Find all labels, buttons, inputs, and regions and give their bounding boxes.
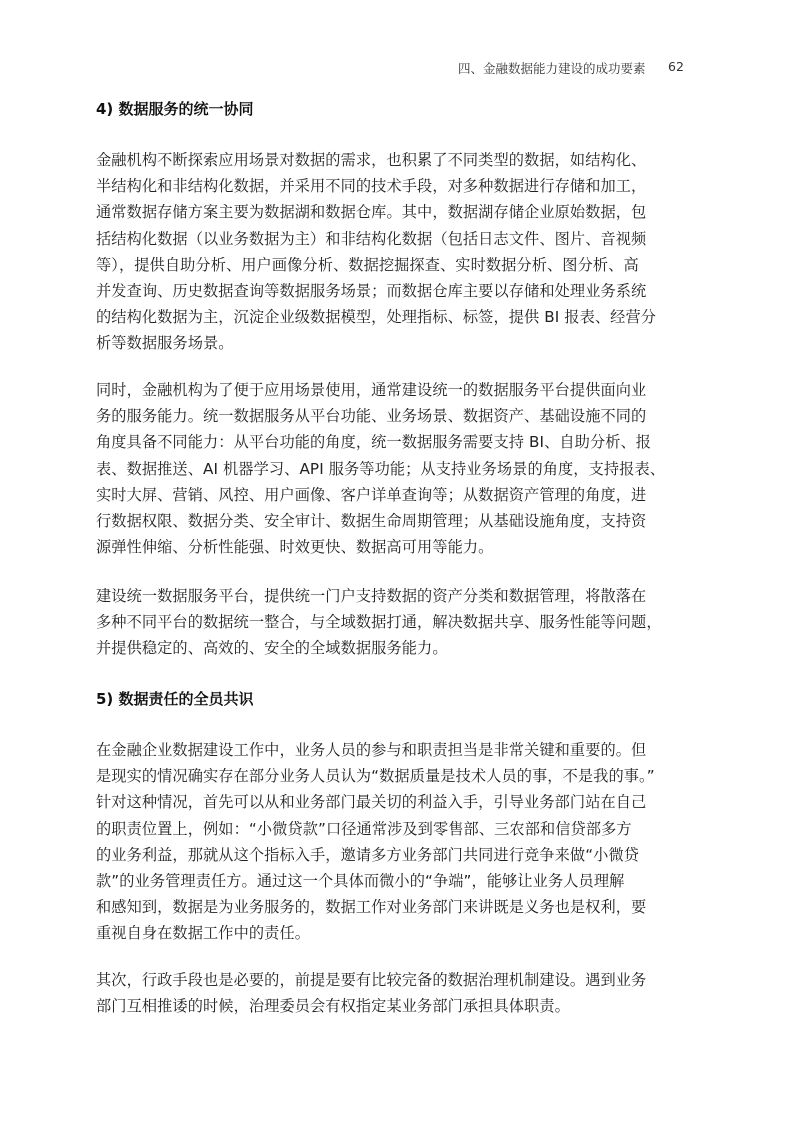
paragraph: 建设统一数据服务平台，提供统一门户支持数据的资产分类和数据管理，将散落在 多种不…	[96, 583, 696, 662]
text-line: 建设统一数据服务平台，提供统一门户支持数据的资产分类和数据管理，将散落在	[96, 583, 696, 609]
text-line: 在金融企业数据建设工作中，业务人员的参与和职责担当是非常关键和重要的。但	[96, 737, 696, 763]
paragraph: 在金融企业数据建设工作中，业务人员的参与和职责担当是非常关键和重要的。但 是现实…	[96, 737, 696, 947]
text-line: 重视自身在数据工作中的责任。	[96, 920, 696, 946]
text-line: 款”的业务管理责任方。通过这一个具体而微小的“争端”，能够让业务人员理解	[96, 868, 696, 894]
page-number: 62	[668, 59, 684, 74]
text-line: 部门互相推诿的时候，治理委员会有权指定某业务部门承担具体职责。	[96, 993, 696, 1019]
text-line: 行数据权限、数据分类、安全审计、数据生命周期管理；从基础设施角度，支持资	[96, 508, 696, 534]
text-line: 角度具备不同能力：从平台功能的角度，统一数据服务需要支持 BI、自助分析、报	[96, 429, 696, 455]
text-line: 其次，行政手段也是必要的，前提是要有比较完备的数据治理机制建设。遇到业务	[96, 967, 696, 993]
text-line: 并发查询、历史数据查询等数据服务场景；而数据仓库主要以存储和处理业务系统	[96, 278, 696, 304]
text-line: 同时，金融机构为了便于应用场景使用，通常建设统一的数据服务平台提供面向业	[96, 377, 696, 403]
text-line: 针对这种情况，首先可以从和业务部门最关切的利益入手，引导业务部门站在自己	[96, 789, 696, 815]
paragraph: 其次，行政手段也是必要的，前提是要有比较完备的数据治理机制建设。遇到业务 部门互…	[96, 967, 696, 1019]
text-line: 括结构化数据（以业务数据为主）和非结构化数据（包括日志文件、图片、音视频	[96, 226, 696, 252]
text-line: 等），提供自助分析、用户画像分析、数据挖掘探查、实时数据分析、图分析、高	[96, 252, 696, 278]
section-heading-5: 5) 数据责任的全员共识	[96, 688, 254, 709]
text-line: 析等数据服务场景。	[96, 330, 696, 356]
text-line: 并提供稳定的、高效的、安全的全域数据服务能力。	[96, 635, 696, 661]
text-line: 务的服务能力。统一数据服务从平台功能、业务场景、数据资产、基础设施不同的	[96, 403, 696, 429]
text-line: 的结构化数据为主，沉淀企业级数据模型，处理指标、标签，提供 BI 报表、经营分	[96, 304, 696, 330]
text-line: 表、数据推送、AI 机器学习、API 服务等功能；从支持业务场景的角度，支持报表…	[96, 456, 696, 482]
text-line: 金融机构不断探索应用场景对数据的需求，也积累了不同类型的数据，如结构化、	[96, 147, 696, 173]
text-line: 的业务利益，那就从这个指标入手，邀请多方业务部门共同进行竞争来做“小微贷	[96, 842, 696, 868]
page-header: 四、金融数据能力建设的成功要素 62	[0, 59, 793, 79]
text-line: 实时大屏、营销、风控、用户画像、客户详单查询等；从数据资产管理的角度，进	[96, 482, 696, 508]
text-line: 是现实的情况确实存在部分业务人员认为“数据质量是技术人员的事，不是我的事。”	[96, 763, 696, 789]
paragraph: 金融机构不断探索应用场景对数据的需求，也积累了不同类型的数据，如结构化、 半结构…	[96, 147, 696, 357]
text-line: 源弹性伸缩、分析性能强、时效更快、数据高可用等能力。	[96, 534, 696, 560]
text-line: 通常数据存储方案主要为数据湖和数据仓库。其中，数据湖存储企业原始数据，包	[96, 199, 696, 225]
text-line: 半结构化和非结构化数据，并采用不同的技术手段，对多种数据进行存储和加工，	[96, 173, 696, 199]
text-line: 的职责位置上，例如：“小微贷款”口径通常涉及到零售部、三农部和信贷部多方	[96, 816, 696, 842]
section-heading-4: 4) 数据服务的统一协同	[96, 98, 254, 119]
text-line: 和感知到，数据是为业务服务的，数据工作对业务部门来讲既是义务也是权利，要	[96, 894, 696, 920]
paragraph: 同时，金融机构为了便于应用场景使用，通常建设统一的数据服务平台提供面向业 务的服…	[96, 377, 696, 560]
header-section-title: 四、金融数据能力建设的成功要素	[458, 59, 646, 77]
text-line: 多种不同平台的数据统一整合，与全域数据打通，解决数据共享、服务性能等问题，	[96, 609, 696, 635]
